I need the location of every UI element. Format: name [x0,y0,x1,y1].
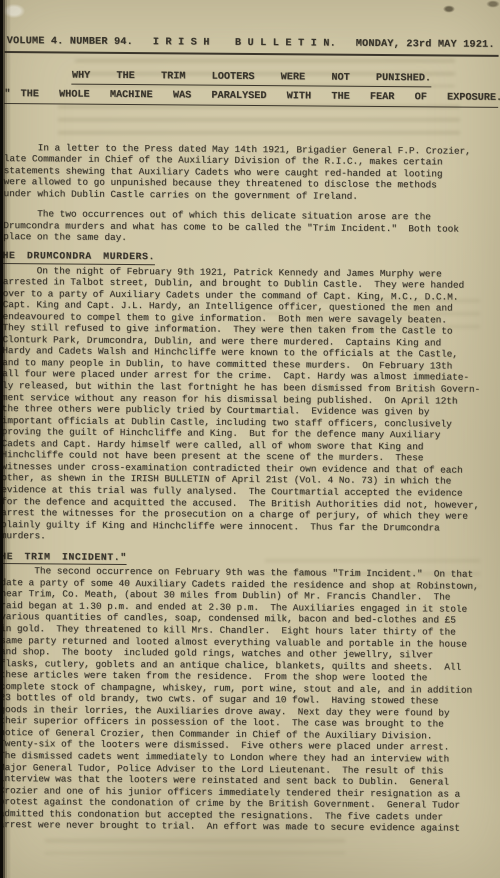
intro-paragraph-1: In a letter to the Press dated May 14th … [3,142,497,204]
section-body-trim-incident: The second occurrence on February 9th wa… [0,565,495,834]
binding-edge-shadow [0,0,11,878]
masthead-date: MONDAY, 23rd MAY 1921. [356,39,495,52]
main-headline: WHY THE TRIM LOOTERS WERE NOT PUNISHED. [72,70,431,87]
sub-headline: " THE WHOLE MACHINE WAS PARALYSED WITH T… [4,89,498,107]
scanned-document-page: VOLUME 4. NUMBER 94. I R I S H B U L L E… [0,0,500,878]
masthead: VOLUME 4. NUMBER 94. I R I S H B U L L E… [5,36,499,56]
section-heading-trim-incident: THE TRIM INCIDENT." [0,551,127,566]
masthead-volume-number: VOLUME 4. NUMBER 94. [7,36,133,49]
masthead-title: I R I S H B U L L E T I N. [153,37,336,50]
headline-row: WHY THE TRIM LOOTERS WERE NOT PUNISHED. [4,69,498,88]
document-content: VOLUME 4. NUMBER 94. I R I S H B U L L E… [0,0,499,835]
section-body-drumcondra-murders: On the night of February 9th 1921, Patri… [1,265,497,546]
ink-bleed-ghost [45,839,345,854]
intro-paragraph-2: The two occurrences out of which this de… [3,208,497,247]
section-heading-drumcondra-murders: THE DRUMCONDRA MURDERS. [0,250,155,265]
